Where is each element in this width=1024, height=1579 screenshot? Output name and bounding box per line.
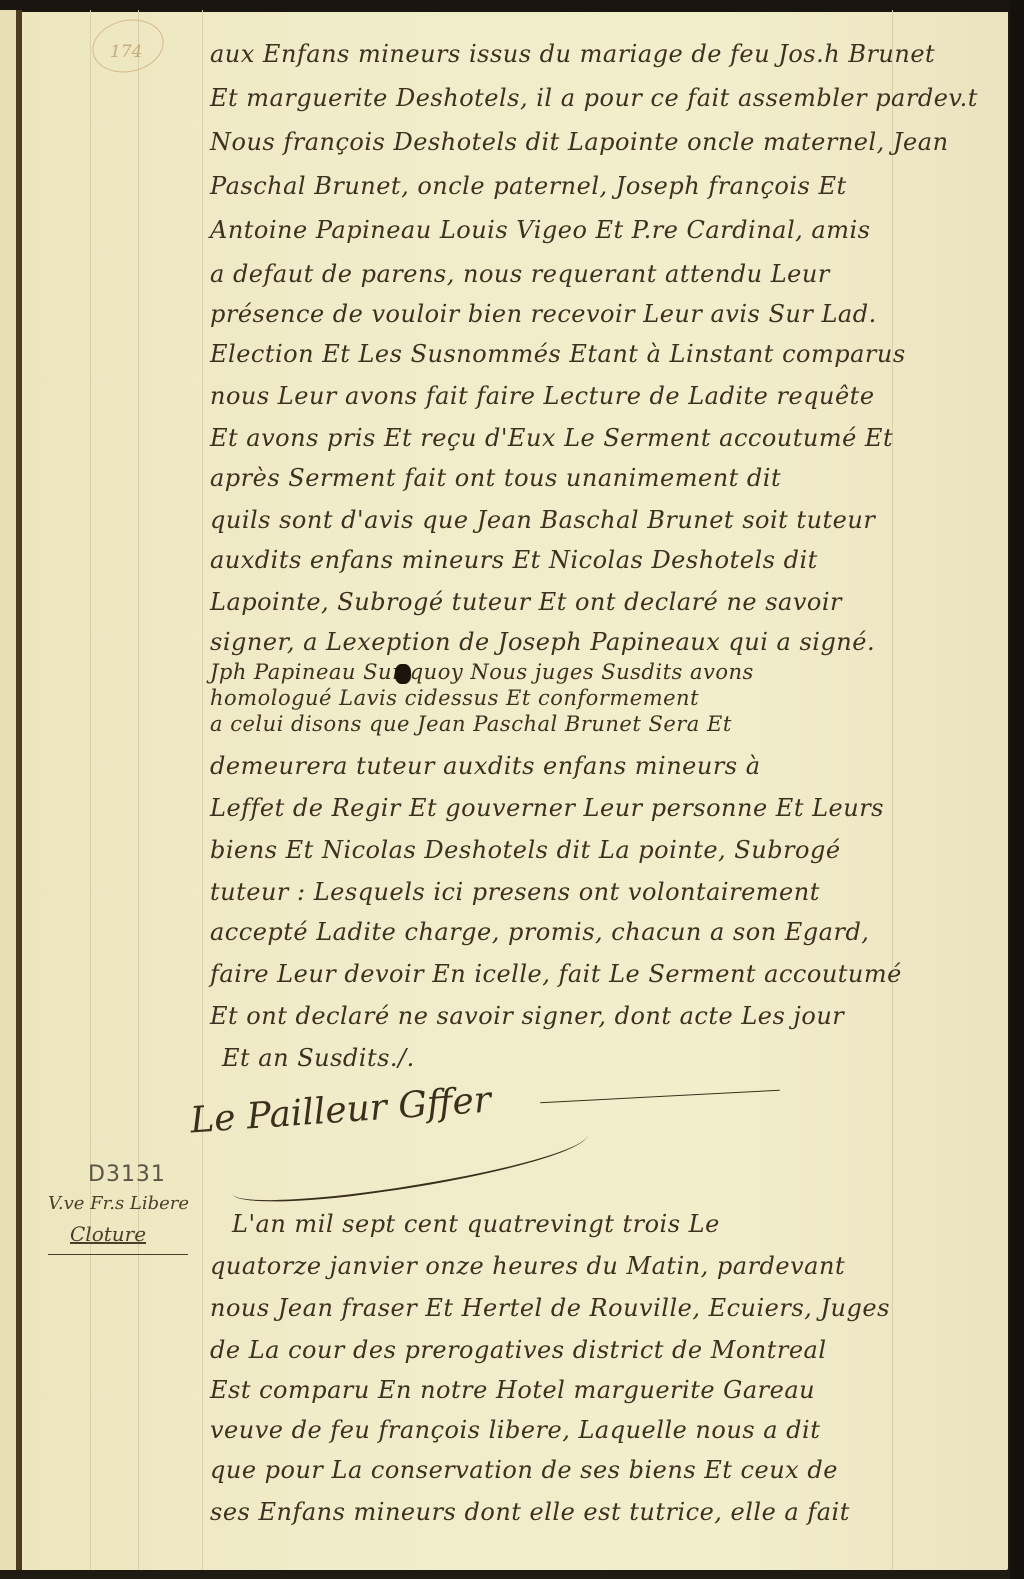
manuscript-line: auxdits enfans mineurs Et Nicolas Deshot… xyxy=(210,546,818,574)
binding-margin xyxy=(0,10,16,1570)
manuscript-line: aux Enfans mineurs issus du mariage de f… xyxy=(210,40,935,68)
manuscript-line: nous Jean fraser Et Hertel de Rouville, … xyxy=(210,1294,890,1322)
manuscript-line: demeurera tuteur auxdits enfans mineurs … xyxy=(210,752,761,780)
manuscript-line: Et ont declaré ne savoir signer, dont ac… xyxy=(210,1002,844,1030)
scan-border-top xyxy=(0,0,1024,12)
manuscript-line: nous Leur avons fait faire Lecture de La… xyxy=(210,382,875,410)
manuscript-line: signer, a Lexeption de Joseph Papineaux … xyxy=(210,628,875,656)
manuscript-line: ses Enfans mineurs dont elle est tutrice… xyxy=(210,1498,850,1526)
manuscript-line: de La cour des prerogatives district de … xyxy=(210,1336,827,1364)
manuscript-line: faire Leur devoir En icelle, fait Le Ser… xyxy=(210,960,902,988)
manuscript-line: Nous françois Deshotels dit Lapointe onc… xyxy=(210,128,949,156)
manuscript-line: quils sont d'avis que Jean Baschal Brune… xyxy=(210,506,875,534)
manuscript-line: L'an mil sept cent quatrevingt trois Le xyxy=(232,1210,720,1238)
archive-code: D3131 xyxy=(88,1162,166,1187)
manuscript-line: Election Et Les Susnommés Etant à Linsta… xyxy=(210,340,906,368)
manuscript-line: a celui disons que Jean Paschal Brunet S… xyxy=(210,712,732,736)
manuscript-line: Lapointe, Subrogé tuteur Et ont declaré … xyxy=(210,588,842,616)
manuscript-line: présence de vouloir bien recevoir Leur a… xyxy=(210,300,877,328)
manuscript-line: après Serment fait ont tous unanimement … xyxy=(210,464,781,492)
margin-note-label: Cloture xyxy=(70,1222,146,1246)
margin-underline xyxy=(48,1254,188,1255)
margin-rule xyxy=(138,10,139,1570)
manuscript-line: Paschal Brunet, oncle paternel, Joseph f… xyxy=(210,172,847,200)
manuscript-line: Est comparu En notre Hotel marguerite Ga… xyxy=(210,1376,815,1404)
manuscript-line: Jph Papineau Sur quoy Nous juges Susdits… xyxy=(210,660,754,684)
ink-blot xyxy=(395,664,411,684)
manuscript-line: Et an Susdits./. xyxy=(222,1044,415,1072)
manuscript-line: veuve de feu françois libere, Laquelle n… xyxy=(210,1416,820,1444)
manuscript-line: quatorze janvier onze heures du Matin, p… xyxy=(210,1252,845,1280)
manuscript-line: Et marguerite Deshotels, il a pour ce fa… xyxy=(210,84,978,112)
binding-line xyxy=(16,10,22,1570)
folio-number: 174 xyxy=(110,42,142,62)
manuscript-line: biens Et Nicolas Deshotels dit La pointe… xyxy=(210,836,841,864)
manuscript-line: que pour La conservation de ses biens Et… xyxy=(210,1456,838,1484)
margin-rule xyxy=(892,10,893,1570)
margin-note-name: V.ve Fr.s Libere xyxy=(48,1193,189,1214)
manuscript-line: Et avons pris Et reçu d'Eux Le Serment a… xyxy=(210,424,893,452)
manuscript-line: homologué Lavis cidessus Et conformement xyxy=(210,686,699,710)
margin-rule xyxy=(90,10,91,1570)
manuscript-line: Leffet de Regir Et gouverner Leur person… xyxy=(210,794,884,822)
manuscript-line: accepté Ladite charge, promis, chacun a … xyxy=(210,918,869,946)
scan-border-right xyxy=(1010,0,1024,1579)
manuscript-line: a defaut de parens, nous requerant atten… xyxy=(210,260,830,288)
margin-rule xyxy=(202,10,203,1570)
manuscript-line: Antoine Papineau Louis Vigeo Et P.re Car… xyxy=(210,216,870,244)
manuscript-line: tuteur : Lesquels ici presens ont volont… xyxy=(210,878,820,906)
